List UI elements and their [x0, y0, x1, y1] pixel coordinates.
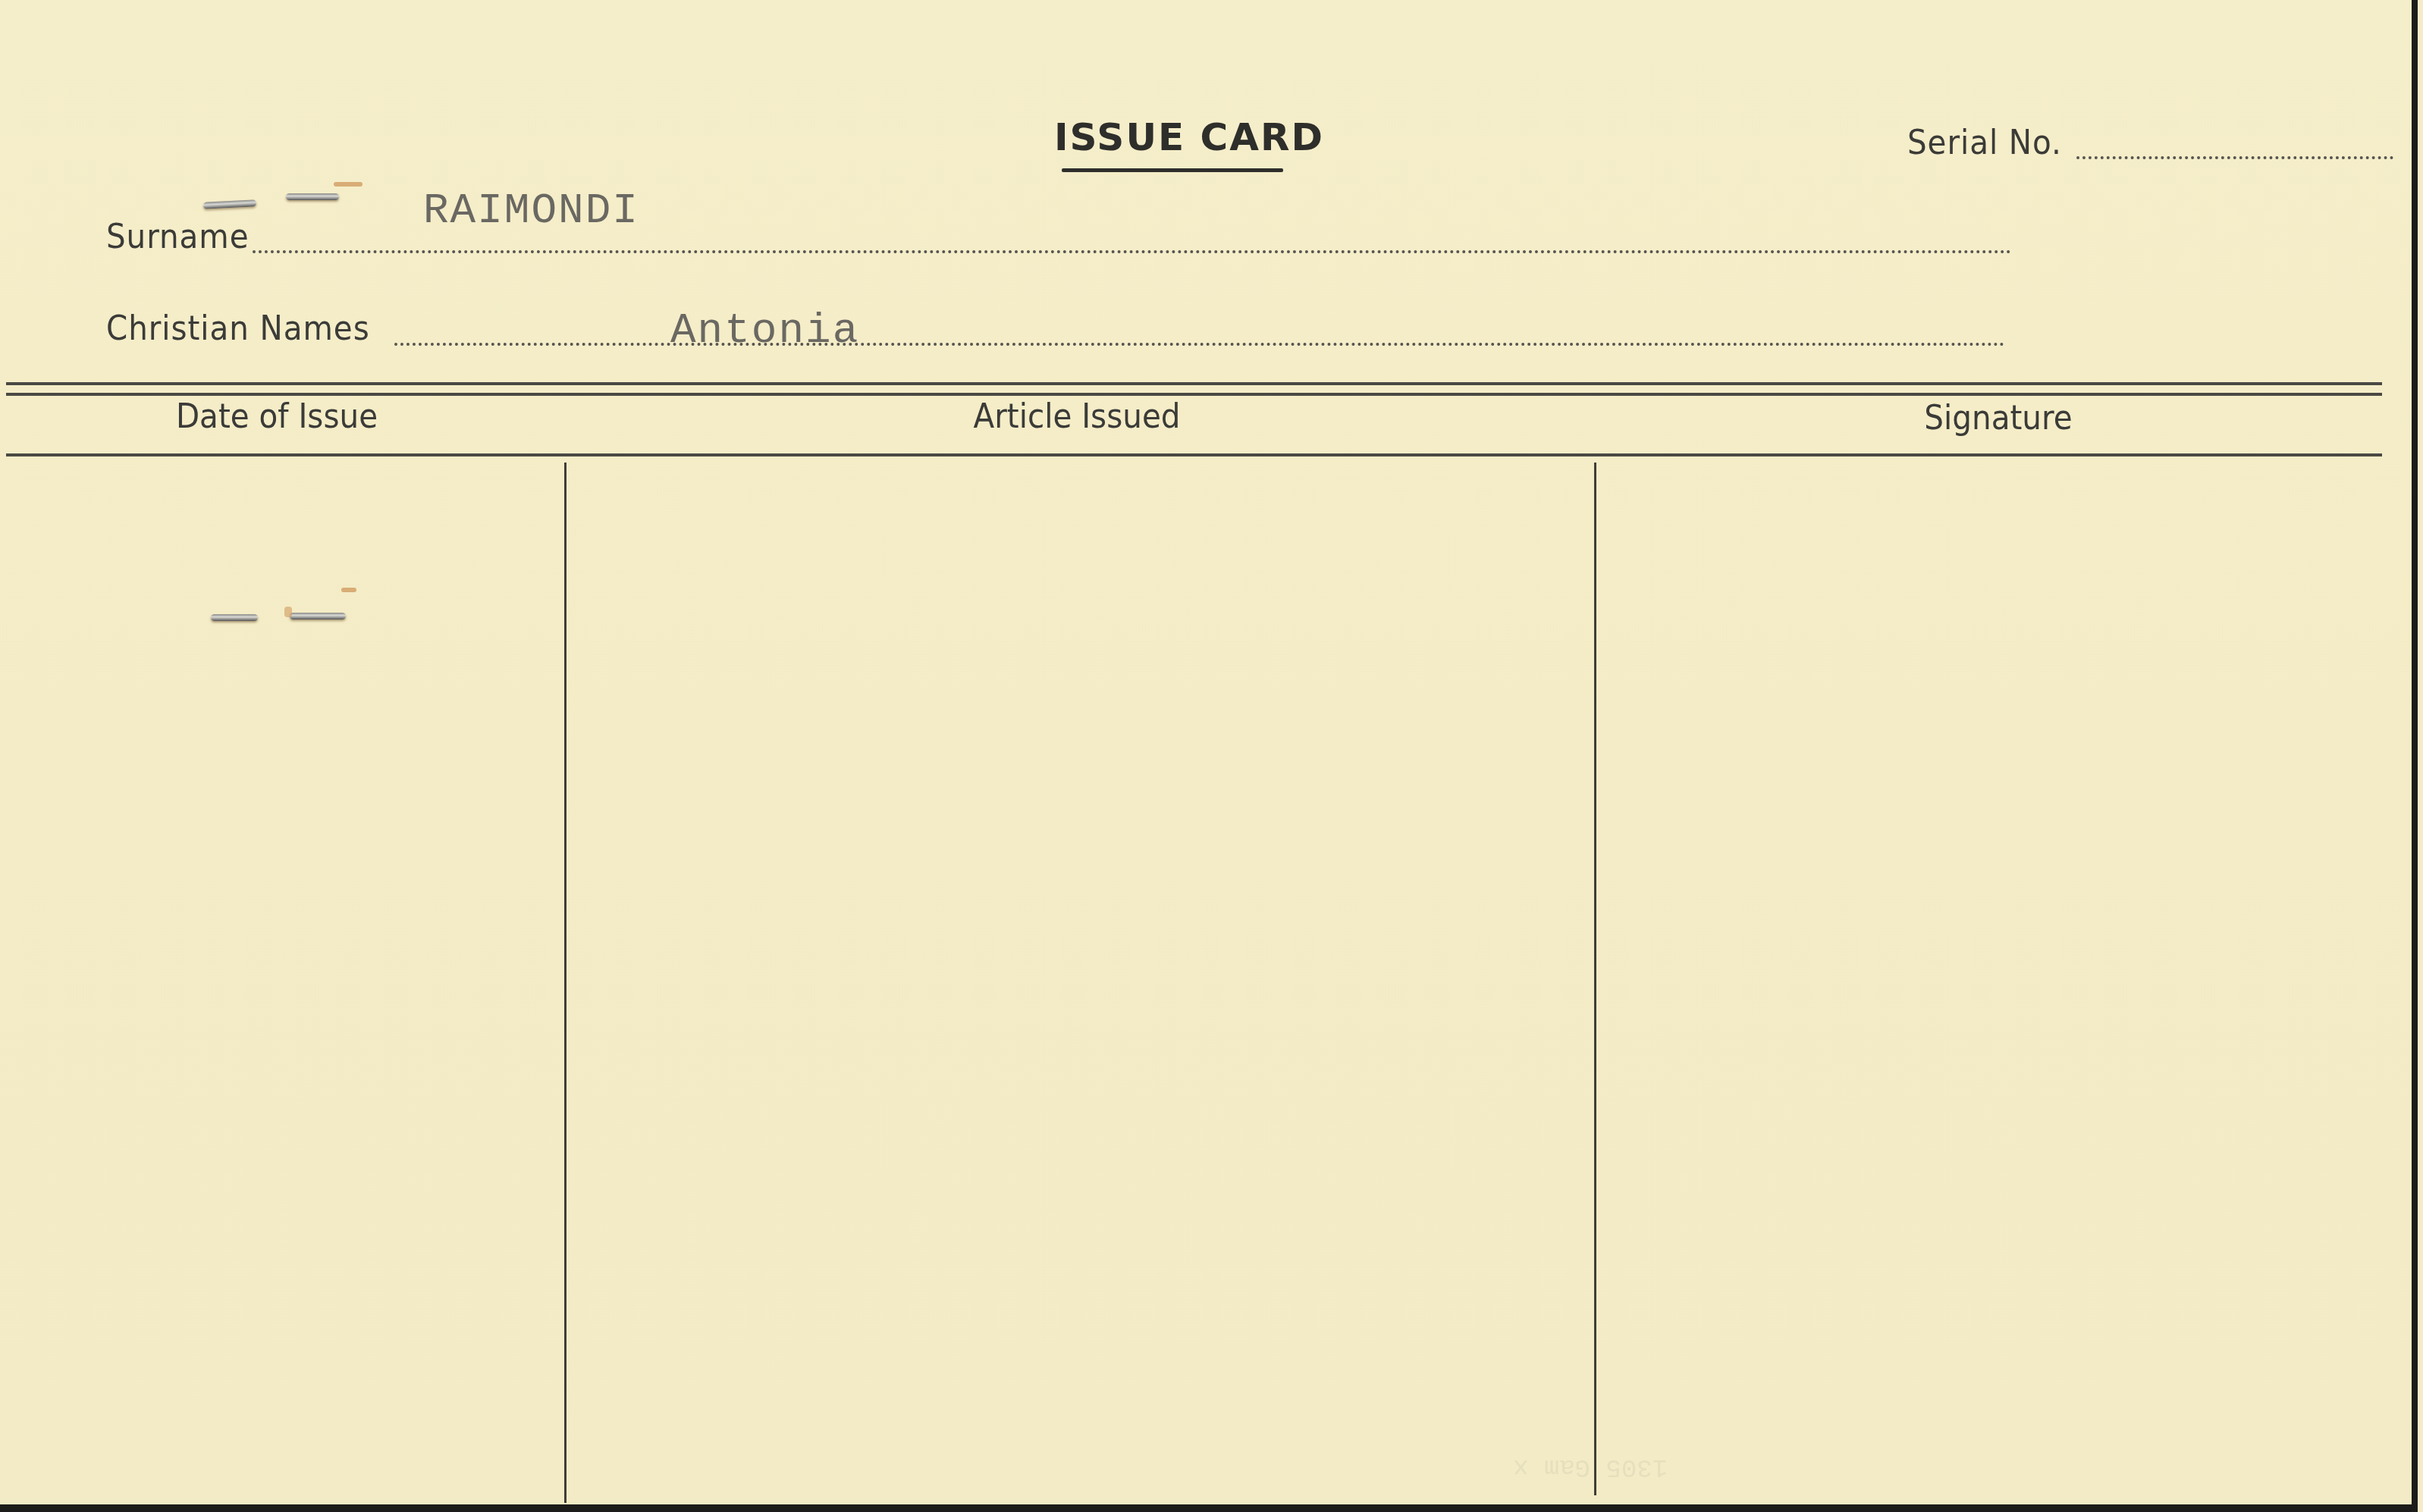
serial-no-field[interactable]	[2076, 156, 2393, 159]
serial-no-label: Serial No.	[1907, 124, 2062, 162]
column-header-signature: Signature	[1890, 399, 2106, 438]
article-issued-column[interactable]	[567, 458, 1593, 1503]
card-title: ISSUE CARD	[1054, 115, 1324, 159]
header-rule-bottom	[6, 393, 2382, 396]
bleed-through-mark: 1305 Gam x	[1513, 1452, 1668, 1481]
signature-column[interactable]	[1597, 458, 2382, 1497]
column-header-article-issued: Article Issued	[937, 397, 1216, 436]
staple-mark	[290, 613, 346, 620]
header-rule-top	[6, 382, 2382, 385]
title-underline	[1062, 168, 1283, 172]
issue-card: ISSUE CARD Serial No. Surname RAIMONDI C…	[0, 0, 2418, 1512]
column-divider-2	[1594, 463, 1596, 1495]
column-header-rule	[6, 453, 2382, 456]
christian-names-value[interactable]: Antonia	[670, 306, 859, 355]
christian-names-label: Christian Names	[106, 309, 370, 348]
staple-mark	[286, 193, 339, 200]
staple-mark	[203, 199, 256, 209]
column-divider-1	[564, 463, 567, 1503]
christian-names-field-line	[394, 343, 2005, 346]
rust-stain	[334, 182, 363, 187]
surname-field-line	[253, 250, 2012, 253]
column-header-date-of-issue: Date of Issue	[133, 397, 419, 436]
rust-stain	[284, 607, 292, 617]
rust-stain	[341, 588, 356, 592]
surname-label: Surname	[106, 218, 250, 256]
staple-mark	[211, 614, 258, 621]
surname-value[interactable]: RAIMONDI	[423, 187, 639, 235]
